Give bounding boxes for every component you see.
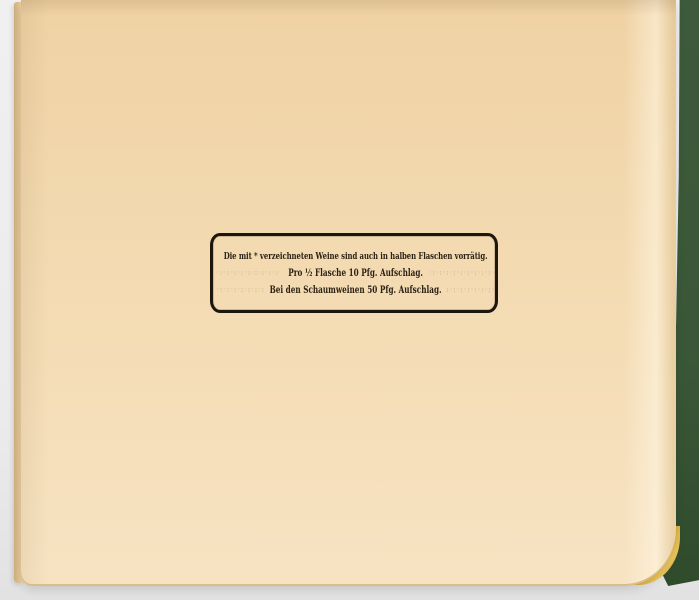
scanned-book-page-photo: Die mit * verzeichneten Weine sind auch …: [0, 0, 699, 600]
paper-page: Die mit * verzeichneten Weine sind auch …: [21, 0, 676, 584]
stamp-line-3-text: Bei den Schaumweinen 50 Pfg. Aufschlag.: [270, 285, 442, 296]
stamp-line-2-text: Pro ½ Flasche 10 Pfg. Aufschlag.: [288, 268, 423, 279]
ornament-row-line2-left: ◦:◦:◦:◦:◦:◦:◦:◦:◦:◦:◦:◦:◦:◦:◦:◦: [216, 269, 283, 277]
stamp-notice-box: Die mit * verzeichneten Weine sind auch …: [210, 233, 498, 313]
ornament-row-line2-right: ◦:◦:◦:◦:◦:◦:◦:◦:◦:◦:◦:◦:◦:◦:◦:◦: [428, 269, 495, 277]
stamp-line-1: Die mit * verzeichneten Weine sind auch …: [216, 251, 495, 262]
ornament-row-line3-left: ◦:◦:◦:◦:◦:◦:◦:◦:◦:◦:◦:◦:◦:◦:◦:◦: [216, 286, 265, 294]
stamp-content: Die mit * verzeichneten Weine sind auch …: [216, 236, 495, 310]
stamp-line-2: ◦:◦:◦:◦:◦:◦:◦:◦:◦:◦:◦:◦:◦:◦:◦:◦ Pro ½ Fl…: [216, 268, 495, 279]
stamp-line-3: ◦:◦:◦:◦:◦:◦:◦:◦:◦:◦:◦:◦:◦:◦:◦:◦ Bei den …: [216, 285, 495, 296]
ornament-row-line3-right: ◦:◦:◦:◦:◦:◦:◦:◦:◦:◦:◦:◦:◦:◦:◦:◦: [447, 286, 496, 294]
